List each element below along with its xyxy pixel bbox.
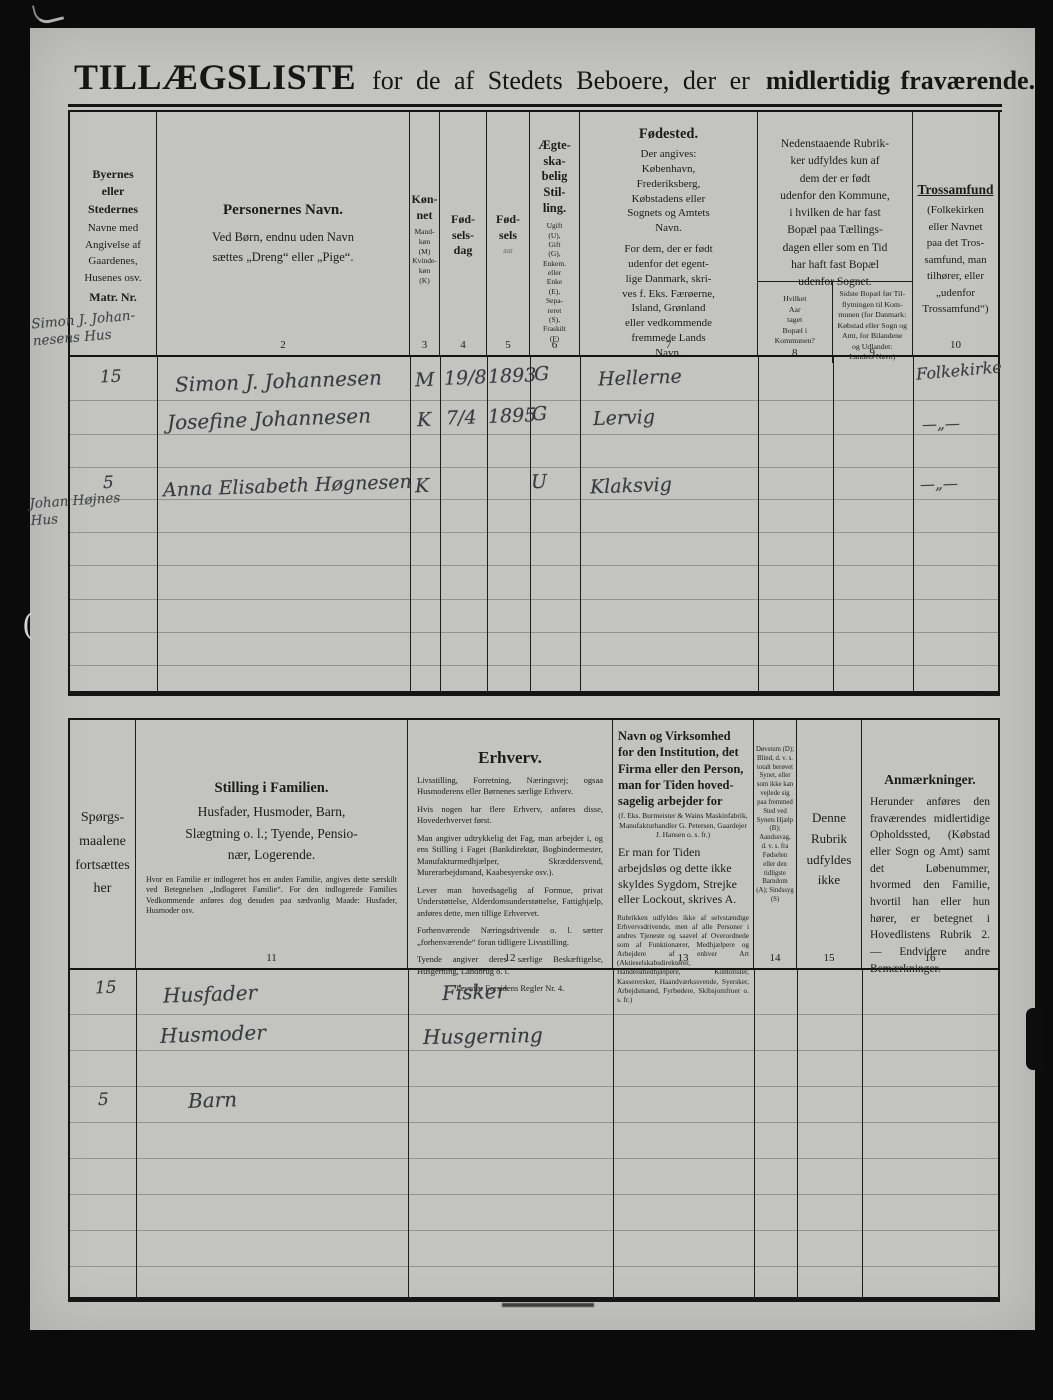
- entry-religion-ditto-3: —„—: [920, 474, 958, 493]
- col10-title: Trossamfund: [917, 182, 993, 198]
- col2-title: Personernes Navn.: [223, 202, 343, 219]
- col11-title: Stilling i Familien.: [215, 780, 329, 797]
- table2-divider-4: [754, 970, 755, 1297]
- table1-col-year-moved-header: Hvilket Aar taget Bopæl i Kommunen? 8: [758, 282, 833, 363]
- entry-birthyear-1: 1893: [488, 364, 537, 388]
- table2-body: 15 Husfader Fisker Husmoder Husgerning 5…: [70, 970, 998, 1297]
- col5-title: Fød- sels: [496, 212, 520, 243]
- col16-subtitle: Herunder anføres den fraværendes midlert…: [862, 794, 998, 977]
- table-absent-residents: Byernes eller Stedernes Navne med Angive…: [68, 110, 1000, 696]
- col8-9-shared-note: Nedenstaaende Rubrik- ker udfyldes kun a…: [758, 112, 912, 282]
- table2-divider-5: [797, 970, 798, 1297]
- table1-col-marital-header: Ægte- ska- belig Stil- ling. Ugift (U), …: [530, 112, 580, 355]
- ruled-line: [70, 632, 998, 633]
- ruled-line: [70, 434, 998, 435]
- table1-col-last-residence-header: Sidste Bopæl før Til- flytningen til Kom…: [833, 282, 912, 363]
- entry-birthyear-2: 1895: [488, 404, 537, 428]
- col7-subtitle-a: Der angives: København, Frederiksberg, K…: [627, 147, 710, 236]
- col7-title: Fødested.: [639, 126, 698, 143]
- table2-col-disabilities-header: Døvstum (D); Blind, d. v. s. totalt berø…: [754, 720, 797, 968]
- table1-divider-8: [833, 357, 834, 691]
- margin-note-house-2: Johan Højnes Hus: [29, 490, 122, 530]
- table2-header: Spørgs- maalene fortsættes her Stilling …: [70, 720, 998, 970]
- col3-subtitle: Mand- køn (M) Kvinde- køn (K): [412, 227, 437, 286]
- ruled-line: [70, 467, 998, 468]
- ruled-line: [70, 1050, 998, 1051]
- table2-divider-2: [408, 970, 409, 1297]
- entry-marital-2: G: [532, 403, 548, 426]
- col13-number: 13: [613, 952, 753, 964]
- table2-col-continuation-header: Spørgs- maalene fortsættes her: [70, 720, 136, 968]
- ruled-line: [70, 599, 998, 600]
- form-title: TILLÆGSLISTE for de af Stedets Beboere, …: [74, 56, 1014, 98]
- entry-birthday-2: 7/4: [446, 406, 477, 429]
- col8-title: Hvilket Aar taget Bopæl i Kommunen?: [758, 294, 832, 347]
- col15-number: 15: [797, 952, 861, 964]
- table2-divider-6: [862, 970, 863, 1297]
- table1-col-sex-header: Køn- net Mand- køn (M) Kvinde- køn (K) 3: [410, 112, 440, 355]
- ruled-line: [70, 565, 998, 566]
- col14-text: Døvstum (D); Blind, d. v. s. totalt berø…: [754, 746, 796, 905]
- ruled-line: [70, 400, 998, 401]
- ruled-line: [70, 532, 998, 533]
- entry-birthplace-3: Klaksvig: [590, 474, 673, 499]
- entry2-matr-1: 15: [95, 978, 117, 999]
- table2-col-family-position-header: Stilling i Familien. Husfader, Husmoder,…: [136, 720, 408, 968]
- entry-religion-ditto-2: —„—: [922, 414, 960, 433]
- col5-subtitle: aar: [503, 246, 513, 255]
- col12-para-2: Hvis nogen har flere Erhverv, anføres di…: [417, 804, 603, 827]
- right-edge-blot: [1026, 1008, 1044, 1070]
- entry2-matr-3: 5: [98, 1090, 110, 1110]
- entry2-position-3: Barn: [188, 1087, 238, 1113]
- ruled-line: [70, 1014, 998, 1015]
- ruled-line: [70, 1230, 998, 1231]
- col14-number: 14: [754, 952, 796, 964]
- col11-number: 11: [136, 952, 407, 964]
- ruled-line: [70, 665, 998, 666]
- entry-name-1: Simon J. Johannesen: [175, 365, 383, 396]
- table1-col-religion-header: Trossamfund (Folkekirken eller Navnet pa…: [913, 112, 998, 355]
- col10-number: 10: [913, 339, 998, 351]
- ruled-line: [70, 1266, 998, 1267]
- col10-subtitle: (Folkekirken eller Navnet paa det Tros- …: [922, 202, 988, 318]
- entry2-position-2: Husmoder: [160, 1020, 267, 1048]
- colA-title: Spørgs- maalene fortsættes her: [75, 806, 129, 901]
- table2-col-unused-header: Denne Rubrik udfyldes ikke 15: [797, 720, 862, 968]
- table1-col-birthyear-header: Fød- sels aar 5: [487, 112, 530, 355]
- col12-title: Erhverv.: [478, 748, 542, 768]
- table-continuation: Spørgs- maalene fortsættes her Stilling …: [68, 718, 1000, 1302]
- left-edge-mark: (: [22, 608, 34, 643]
- table1-col-birthday-header: Fød- sels- dag 4: [440, 112, 487, 355]
- col4-title: Fød- sels- dag: [451, 212, 475, 259]
- table1-col-birthplace-header: Fødested. Der angives: København, Freder…: [580, 112, 758, 355]
- entry2-occupation-2: Husgerning: [423, 1023, 543, 1049]
- table1-col-name-header: Personernes Navn. Ved Børn, endnu uden N…: [157, 112, 410, 355]
- entry-birthplace-1: Hellerne: [598, 366, 682, 391]
- table1-header: Byernes eller Stedernes Navne med Angive…: [70, 112, 998, 357]
- table1-divider-6: [580, 357, 581, 691]
- col3-title: Køn- net: [411, 192, 437, 223]
- entry-birthday-1: 19/8: [444, 366, 487, 389]
- col8-9-subcells: Hvilket Aar taget Bopæl i Kommunen? 8 Si…: [758, 282, 912, 363]
- entry-matr-1: 15: [100, 367, 122, 388]
- entry-marital-1: G: [534, 363, 550, 386]
- col3-number: 3: [410, 339, 439, 351]
- table1-divider-1: [157, 357, 158, 691]
- form-title-word: TILLÆGSLISTE: [74, 56, 356, 98]
- col11-subtitle: Husfader, Husmoder, Barn, Slægtning o. l…: [185, 801, 357, 866]
- col5-number: 5: [487, 339, 529, 351]
- table1-divider-9: [913, 357, 914, 691]
- table2-col-occupation-header: Erhverv. Livsstilling, Forretning, Nærin…: [408, 720, 613, 968]
- ruled-line: [70, 1086, 998, 1087]
- col8-9-shared-text: Nedenstaaende Rubrik- ker udfyldes kun a…: [758, 136, 912, 291]
- table2-col-employer-header: Navn og Virksomhed for den Institution, …: [613, 720, 754, 968]
- col13-lead: Navn og Virksomhed for den Institution, …: [613, 728, 753, 809]
- col6-title: Ægte- ska- belig Stil- ling.: [538, 138, 571, 216]
- col1-title: Byernes eller Stedernes: [88, 166, 138, 218]
- table1-body: 15 Simon J. Johannesen M 19/8 1893 G Hel…: [70, 357, 998, 691]
- table1-divider-2: [410, 357, 411, 691]
- form-title-mid: for de af Stedets Beboere, der er: [372, 66, 750, 96]
- table2-col-remarks-header: Anmærkninger. Herunder anføres den fravæ…: [862, 720, 998, 968]
- printer-imprint-smudge: [502, 1303, 594, 1307]
- col11-fineprint: Hvor en Familie er indlogeret hos en and…: [136, 875, 407, 917]
- col13-mid: Er man for Tiden arbejdsløs og dette ikk…: [613, 845, 753, 907]
- entry-birthplace-2: Lervig: [593, 406, 656, 430]
- col7-number: 7: [580, 339, 757, 351]
- col12-para-3: Man angiver udtrykkelig det Fag, man arb…: [417, 833, 603, 879]
- entry-sex-3: K: [415, 475, 430, 497]
- entry-religion-1: Folkekirke: [915, 357, 1002, 383]
- ruled-line: [70, 1194, 998, 1195]
- table1-divider-7: [758, 357, 759, 691]
- col4-number: 4: [440, 339, 486, 351]
- ruled-line: [70, 1158, 998, 1159]
- col12-para-5: Forhenværende Næringsdrivende o. l. sætt…: [417, 925, 603, 948]
- entry-name-3: Anna Elisabeth Høgnesen: [163, 471, 412, 502]
- table2-divider-1: [136, 970, 137, 1297]
- census-form-page: TILLÆGSLISTE for de af Stedets Beboere, …: [30, 28, 1035, 1330]
- col6-subtitle: Ugift (U), Gift (G), Enkem. eller Enke (…: [543, 221, 566, 343]
- col1-subtitle: Navne med Angivelse af Gaardenes, Husene…: [84, 220, 141, 286]
- ruled-line: [70, 1122, 998, 1123]
- col2-subtitle: Ved Børn, endnu uden Navn sættes „Dreng“…: [212, 227, 354, 267]
- entry-marital-3: U: [531, 471, 548, 494]
- table1-col-residence-group-header: Nedenstaaende Rubrik- ker udfyldes kun a…: [758, 112, 913, 355]
- entry-sex-1: M: [415, 369, 435, 392]
- col2-number: 2: [157, 339, 409, 351]
- entry-sex-2: K: [417, 409, 432, 431]
- entry-name-2: Josefine Johannesen: [167, 403, 372, 434]
- col16-title: Anmærkninger.: [884, 772, 975, 788]
- col12-para-4: Lever man hovedsagelig af Formue, privat…: [417, 885, 603, 919]
- form-title-emphasis: midlertidig fraværende.: [766, 66, 1035, 96]
- col6-number: 6: [530, 339, 579, 351]
- table1-divider-3: [440, 357, 441, 691]
- col12-para-1: Livsstilling, Forretning, Næringsvej; og…: [417, 775, 603, 798]
- table2-divider-3: [613, 970, 614, 1297]
- corner-ink-mark: [32, 0, 64, 26]
- col1-matr-label: Matr. Nr.: [89, 290, 136, 305]
- entry2-occupation-1: Fisker: [442, 979, 507, 1005]
- col12-number: 12: [408, 952, 612, 964]
- col16-number: 16: [862, 952, 998, 964]
- entry2-position-1: Husfader: [163, 980, 258, 1007]
- col15-text: Denne Rubrik udfyldes ikke: [807, 808, 852, 891]
- col13-fineprint-1: (f. Eks. Burmeister & Wains Maskinfabrik…: [613, 811, 753, 839]
